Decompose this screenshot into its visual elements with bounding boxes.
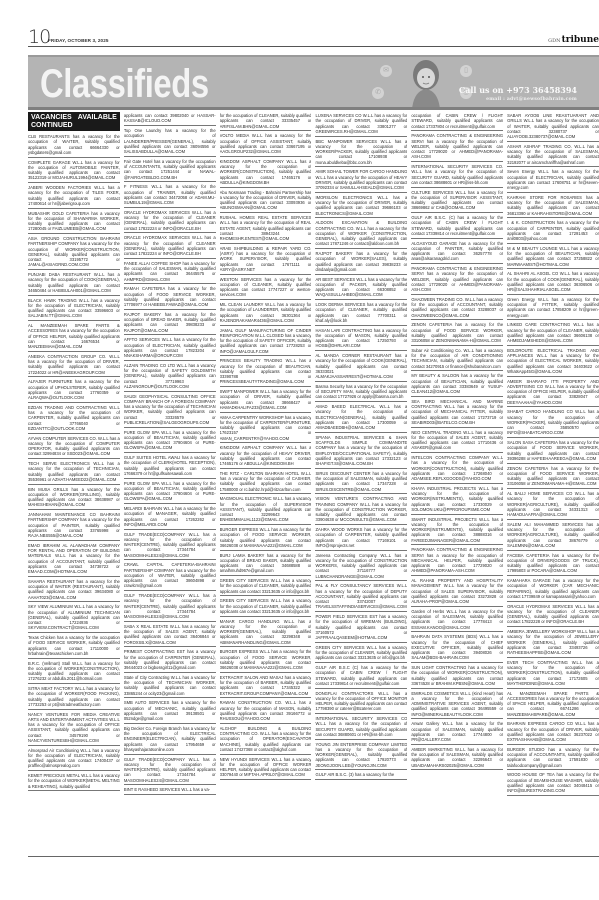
classified-ad: SALEM ALI MAHAMMED SERVICES has a vacanc… [507, 521, 599, 551]
classified-columns: VACANCIES AVAILABLE CONTINUED CLB RESTAU… [28, 112, 599, 854]
ad-list: CLB RESTAURANTS has a vacancy for the oc… [28, 133, 120, 791]
ad-list: occupation of CABIN CREW / FLIGHT STEWAR… [411, 112, 503, 770]
classified-ad: RUSHAL HOMES REAL ESTATE SERVICES W.L.L … [220, 214, 312, 244]
mail-icon: ✉ [380, 65, 392, 77]
classified-ad: Almosprad Air Conditioning W.L.L has a v… [28, 747, 120, 772]
classified-ad: RAJPOT BAKERY has a vacancy for the occu… [315, 250, 407, 275]
classified-ad: INTERNATIONAL SECURITY SERVICES CO W.L.L… [315, 715, 407, 740]
classified-ad: BURGER EXPRESS W.L.L has a vacancy for t… [220, 648, 312, 673]
classified-ad: GULF AIR B.S.C. (3) has a vacancy for th… [315, 771, 407, 780]
classified-ad: PAL & FLY CONSULTANCY SERVICES W.L.L has… [315, 582, 407, 612]
classified-ad: ANEEKA CONTRACTION GROUP CO. W.L.L has a… [28, 353, 120, 378]
classified-ad: SAUDI GEOPHYSICAL CONSULTING OFFICE COMP… [124, 393, 216, 428]
classified-ad: MELARDI BAHRAIN W.L.L has a vacancy for … [124, 505, 216, 530]
classified-ad: PURE GLOW SPA W.L.L has a vacancy for th… [124, 429, 216, 454]
mobile-icon: ▯ [460, 65, 472, 77]
classified-ad: EXTRACRIT SALON AND MASAJ has a vacancy … [220, 674, 312, 699]
classified-ad: AFFTO SERVICES W.L.L has a vacancy for t… [124, 336, 216, 361]
classified-ad: JABERI WOODEN FACTORIES W.L.L has a vaca… [28, 184, 120, 209]
classified-ad: RAMAH CAFETERIA has a vacancy for the oc… [124, 285, 216, 310]
classified-ad: SMART INDUSTRIAL PROJECTS W.L.L has a va… [411, 516, 503, 546]
classified-ad: SITRA MEAT FACTORY W.L.L has a vacancy f… [28, 685, 120, 710]
classified-ad: KHAYA INDUSTRIAL PROJECTS W.L.L has a va… [411, 485, 503, 515]
classified-ad: RAJPOT BAKERY has a vacancy for the occu… [124, 311, 216, 336]
classified-ad: PUNJABI DABA RESTAURANT W.L.L has a vaca… [28, 271, 120, 296]
classified-ad: POWER FIELD SERVICES EST has a vacancy f… [315, 613, 407, 643]
email-contact: email : advt@newsofbahrain.com [486, 97, 577, 102]
column-3: for the occupation of CLEANER, suitably … [220, 112, 312, 854]
column-2: applicants can contact 39802040 or HASSA… [124, 112, 216, 854]
classified-ad: BINT E RASHEED SERVICES W.L.L has a va- [124, 786, 216, 795]
classified-ad: occupation of CABIN CREW / FLIGHT STEWAR… [411, 112, 503, 131]
classified-ad: BAHRAIN DATA SYSTEMS (BDS) W.L.L has a v… [411, 633, 503, 663]
classified-ad: AMBERA JEWELLERY WORKSHOP W.L.L has a va… [507, 628, 599, 658]
classified-ad: WOOD HOUSE OF TEA has a vacancy for the … [507, 771, 599, 796]
classified-ad: GHAZWEEN TRADING CO. W.L.L has a vacancy… [411, 296, 503, 321]
classified-ad: ALDOON EXCAVATION & BUILDING CONTRACTING… [315, 219, 407, 249]
classified-ad: ZAHRA WOOD WORKS has a vacancy for the o… [315, 526, 407, 551]
classified-ad: Texas Chicken has a vacancy for the occu… [28, 634, 120, 659]
classified-ad: ASHAR ASHRAF TRADING CO. W.L.L has a vac… [507, 143, 599, 168]
classified-ad: Jareena Contracting Company W.L.L has a … [315, 552, 407, 582]
classified-ad: WESTON SERVICES has a vacancy for the oc… [220, 276, 312, 301]
classified-ad: LINKED CARE CONTRACTING W.L.L has a vaca… [507, 321, 599, 346]
column-1: VACANCIES AVAILABLE CONTINUED CLB RESTAU… [28, 112, 120, 854]
classified-ad: DONGFLAI CONTRACTORS W.L.L has a vacancy… [315, 690, 407, 715]
classified-ad: JANNAHAM MAINTENANCE CO BAHRAINI PARTNER… [28, 511, 120, 541]
classified-ad: KAMAHARA GARAGE has a vacancy for the oc… [507, 577, 599, 602]
classified-ad: Seven Energy W.L.L has a vacancy for the… [507, 168, 599, 193]
classified-ad: AL BALIJ HOME SERVICES CO W.L.L has a va… [507, 490, 599, 520]
section-heading: VACANCIES AVAILABLE CONTINUED [28, 112, 120, 131]
classified-ad: MAGMOUAL ELECTRONIC W.L.L has a vacancy … [220, 495, 312, 525]
classified-ad: TECH SERVE ELECTRONICS W.L.L has a vacan… [28, 460, 120, 485]
classified-ad: JAMAL GULF MANUFACTURING OF CINDER REINF… [220, 327, 312, 357]
classified-ad: THE RITZ - CARLTON BAHRAIN HOTEL W.L.L h… [220, 470, 312, 495]
classifieds-banner: Classifieds ✉ ✆ ▯ ◎ Call us on +973 3645… [28, 55, 599, 110]
classified-ad: PANORAMA CONTRACTING & ENGINEERING SERVI… [411, 265, 503, 295]
classified-ad: EZDAN TRADING AND CONTRACTING W.L.L has … [28, 404, 120, 434]
classified-ad: SKY VIEW ALUMINIUM W.L.L has a vacancy f… [28, 603, 120, 633]
classified-ad: Green Energy W.L.L has a vacancy for the… [507, 296, 599, 321]
classified-ad: SPIANA INDUSTRIAL SERVICES & SHAN SCAFFO… [315, 434, 407, 469]
classified-ad: GULF SUITES HOTEL AWALI has a vacancy fo… [124, 454, 216, 479]
classified-ad: Big Decker Co. Foreign Branch has a vaca… [124, 725, 216, 755]
classified-ad: ALGHOF BUILDING & BUILDING CONTRACTING C… [220, 725, 312, 755]
classified-ad: GULF TRADE(ECO)COMPANY W.L.L has a vacan… [124, 592, 216, 622]
classified-ad: PRIMEST CONTRACTING EST has a vacancy fo… [124, 648, 216, 673]
bottom-divider [28, 856, 599, 857]
classified-ad: KINGDOM ASPHALT COMPANY W.L.L has a vaca… [220, 158, 312, 188]
classified-ad: LUXENA SERVICES CO W.L.L has a vacancy f… [315, 112, 407, 137]
classified-ad: BLACK HAWK TRADING W.L.L has a vacancy f… [28, 297, 120, 322]
classified-ad: IMORSLON ELECTRONICS W.L.L has a vacancy… [315, 194, 407, 219]
ad-list: LUXENA SERVICES CO W.L.L has a vacancy f… [315, 112, 407, 780]
classified-ad: SEA BIRD MECHANICAL AND MARINE CONTRACTI… [411, 398, 503, 428]
classified-ad: GULF TRADE(ECO)COMPANY W.L.L has a vacan… [124, 531, 216, 561]
classified-ad: Anwar Gallery W.L.L has a vacancy for th… [411, 720, 503, 745]
classified-ad: ORACLE HYDROMAX SERVICES W.L.L has a vac… [507, 603, 599, 628]
classified-ad: GULF AIR B.S.C (C) has a vacancy for the… [315, 664, 407, 689]
classified-ad: AL RAHAB PROPERTY AND HOSPITALITY MANAGE… [411, 577, 503, 607]
classified-ad: ORACLE HYDROMAX SERVICES W.L.L has a vac… [124, 234, 216, 259]
classified-ad: NANCY VENTURES FOR MEDIA CREATIVE ARTS A… [28, 711, 120, 746]
classified-ad: Subar Air Conditioning Co. W.L.L has a v… [411, 347, 503, 372]
classified-ad: SHABAT CARGO HANDLING CO W.L.L has a vac… [507, 408, 599, 438]
classified-ad: BURGER STUDIO has a vacancy for the occu… [507, 746, 599, 771]
classified-ad: SABA X REAL ESTATE W.L.L has a vacancy f… [124, 623, 216, 648]
classified-ad: M & M BEAUTY LOUNGE W.L.L has a vacancy … [507, 245, 599, 270]
classified-ad: F FITNESS W.L.L has a vacancy for the oc… [124, 183, 216, 208]
classified-ad: Top One Laundry has a vacancy for the oc… [124, 127, 216, 157]
classified-ad: PURE GLOW SPA W.L.L has a vacancy for th… [124, 480, 216, 505]
classified-ad: KEMET PRECIOUS METAL W.L.L has a vacancy… [28, 772, 120, 791]
classified-ad: AMIR SOHAIL TOWER FOR CARGO HANDLING W.L… [315, 168, 407, 193]
classified-ad: SWIFT MANPOWER W.L.L has a vacancy for t… [220, 388, 312, 413]
classified-ad: SAHARA RESTAURANT has a vacancy for the … [28, 578, 120, 603]
classified-ad: KAHRAHI STORE FOR ROSARIES has a vacancy… [507, 194, 599, 219]
classified-ad: ZENON CAFETERIA has a vacancy for the oc… [507, 465, 599, 490]
classified-ad: MY BEAUTY & SALOON has a vacancy for the… [411, 372, 503, 397]
classified-ad: INTERNATIONAL SECURITY SERVICES CO. W.L.… [411, 163, 503, 188]
classified-ad: BURJ LAMIA BAKERY has a vacancy for the … [220, 552, 312, 577]
classified-ad: Garden of Herbs W.L.L has a vacancy for … [411, 608, 503, 633]
ad-list: SABAR AYOOB LINE REASTUARANT AND GRILLS … [507, 112, 599, 796]
classified-ad: PANORAMA CONTRACTING & ENGINEERING SERVI… [411, 132, 503, 162]
classified-ad: SABAR AYOOB LINE REASTUARANT AND GRILLS … [507, 112, 599, 142]
classified-ad: Fair Gate Hotel has a vacancy for the oc… [124, 158, 216, 183]
column-6: SABAR AYOOB LINE REASTUARANT AND GRILLS … [507, 112, 599, 854]
classified-ad: HASAN LARI CONTRACTING has a vacancy for… [315, 327, 407, 352]
classified-ad: VISION VENTURE'S CONTRACTING AND TRAININ… [315, 495, 407, 525]
classified-ad: State of City Contracting W.L.L has a va… [124, 674, 216, 699]
classified-ad: MANAR CARGO HANDLING W.L.L has a vacancy… [220, 618, 312, 648]
classified-ad: BURGER EXPRESS W.L.L has a vacancy for t… [220, 526, 312, 551]
classified-ad: NEW HYUNDI SERVICES W.L.L has a vacancy … [220, 756, 312, 781]
classified-ad: CULTURE SERVICES W.L.L has a vacancy for… [411, 189, 503, 214]
classified-ad: BOLDROUTE ELECTRICAL TRADING AND APPLIAN… [507, 347, 599, 377]
classified-ad: SIRUS DISCOUNT CENTER has a vacancy for … [315, 470, 407, 495]
classified-ad: LOOK DERMA SERVICES has a vacancy for th… [315, 301, 407, 326]
classified-ad: FACEBA CAFETERIA has a vacancy for the o… [507, 552, 599, 577]
date-line: FRIDAY, OCTOBER 3, 2025 [48, 38, 109, 43]
classified-ad: NEO CENTRAL TRADING W.L.L has a vacancy … [411, 429, 503, 454]
phone-contact: Call us on +973 36458394 [459, 85, 577, 95]
classified-ad: ARAB SHIPBUILDING & REPAIR YARD CO. (ASR… [220, 245, 312, 275]
ad-list: applicants can contact 39802040 or HASSA… [124, 112, 216, 795]
classified-ad: Basma Security has a vacancy for the occ… [315, 383, 407, 402]
classified-ad: EVER TECH CONTRACTING W.L.L has a vacanc… [507, 659, 599, 689]
classified-ad: AL MANZEEMAH SPARE PARTS & ACCESSORIES h… [507, 690, 599, 720]
classified-ad: GULF TRADE(ECO)COMPANY W.L.L has a vacan… [124, 756, 216, 786]
classified-ad: GULF AIR B.S.C. (C) has a vacancy for th… [411, 214, 503, 239]
classified-ad: ALGASYOUD GARAGE has a vacancy for the o… [411, 240, 503, 265]
classified-ad: EMIRALDS COSMETICS W.L.L (Kind Heart) ha… [411, 690, 503, 720]
classified-ad: ALFAJER FURNITURE has a vacancy for the … [28, 378, 120, 403]
phone-icon: ✆ [372, 87, 384, 99]
classified-ad: AYVAN COMPUTER SERVICES CO. W.L.L has a … [28, 435, 120, 460]
classified-ad: SALON SASA CAFETERIA has a vacancy for t… [507, 439, 599, 464]
classified-ad: BAHRAIN EXPRESS CARGO CO W.L.L has a vac… [507, 720, 599, 745]
classified-ad: applicants can contact 39802040 or HASSA… [124, 112, 216, 126]
classified-ad: PRINCESS BEAUTY TRADING W.L.L has a vaca… [220, 357, 312, 387]
column-4: LUXENA SERVICES CO W.L.L has a vacancy f… [315, 112, 407, 854]
classified-ad: Abu Nosmaan Trading - Bahraini Partnersh… [220, 189, 312, 214]
column-5: occupation of CABIN CREW / FLIGHT STEWAR… [411, 112, 503, 854]
brand-name: tribune [562, 35, 599, 45]
classified-ad: CLB RESTAURANTS has a vacancy for the oc… [28, 133, 120, 158]
classified-ad: SMB AUTO SERVICES has a vacancy for the … [124, 699, 216, 724]
classified-ad: BIN MUSA GRILLS has a vacancy for the oc… [28, 486, 120, 511]
classified-ad: MIL CLEAN LAUNDRY W.L.L has a vacancy fo… [220, 301, 312, 326]
classified-ad: SUN LIGHT CONTRACTING has a vacancy for … [411, 664, 503, 689]
classified-ad: KINGDOM ASPHALT COMPANY W.L.L has a vaca… [220, 444, 312, 469]
classified-ad: I. & K. CONSTRUCTION has a vacancy for t… [507, 219, 599, 244]
classified-ad: PANORAMA CONTRACTING & ENGINEERING SERVI… [411, 546, 503, 576]
page-header: 10 FRIDAY, OCTOBER 3, 2025 GDNtribune [28, 28, 599, 47]
classified-ad: FANEE ALLAI COFFEE SHOP has a vacancy fo… [124, 260, 216, 285]
brand-logo: GDNtribune [548, 35, 599, 45]
banner-title: Classifieds [40, 61, 209, 107]
classified-ad: AR BEST SERVICES W.L.L has a vacancy for… [315, 276, 407, 301]
classified-ad: AMEER MARKETING W.L.L has a vacancy for … [411, 746, 503, 771]
classified-ad: MUBASHIR GOLD CAFETERIA has a vacancy fo… [28, 210, 120, 235]
classified-ad: EMAD IBRAHIM AL ALAWADHAM COMPANY FOR RE… [28, 542, 120, 577]
classified-ad: B.R.C. (Vellmart) Stall W.L.L has a vaca… [28, 660, 120, 685]
classified-ad: AL MANZEEMAH SPARE PARTS & ACCESSORIES h… [28, 322, 120, 352]
classified-ad: YOUNG JIN ENTERPRISE COMPANY LIMITED has… [315, 741, 407, 771]
classified-ad: BBC MANPOWER SERVICES W.L.L has a vacanc… [315, 138, 407, 168]
page-number: 10 [28, 28, 50, 46]
classified-ad: GREEN CITY SERVICES W.L.L has a vacancy … [220, 577, 312, 596]
classified-ad: RAWAN CONSTRUCTION CO. W.L.L has a vacan… [220, 699, 312, 724]
classified-ad: GREEN CITY SERVICES W.L.L has a vacancy … [315, 644, 407, 663]
classified-ad: VOLTO MEDIA W.L.L has a vacancy for the … [220, 132, 312, 157]
classified-ad: AMAD BAEED ELECTRICAL W.L.L has a vacanc… [315, 403, 407, 433]
classified-ad: AMAA CARPENTRY WORKSHOP has a vacancy fo… [220, 414, 312, 444]
classified-ad: GREEN CITY SERVICES W.L.L has a vacancy … [220, 597, 312, 616]
classified-ad: for the occupation of CLEANER, suitably … [220, 112, 312, 131]
classified-ad: INTELCON CONTRACTING COMPANY W.L.L has a… [411, 454, 503, 484]
brand-prefix: GDN [548, 38, 560, 44]
ad-list: for the occupation of CLEANER, suitably … [220, 112, 312, 780]
classified-ad: ASIA GROUND CONSTRUCTION BAHRAINI PARTNE… [28, 235, 120, 270]
classified-ad: AL MANDA CORNER RESTAURANT has a vacancy… [315, 352, 407, 382]
classified-ad: ALZAIN TRADING CO LTD W.L.L has a vacanc… [124, 362, 216, 392]
classified-ad: ORACLE HYDROMAX SERVICES W.L.L has a vac… [124, 209, 216, 234]
customer-service-illustration-icon [406, 59, 446, 109]
classified-ad: ZENON CAFETERIA has a vacancy for the oc… [411, 321, 503, 346]
classified-ad: AL SHAHRI AL ASGEL CO W.L.L has a vacanc… [507, 270, 599, 295]
classified-ad: CRAWL CAPITAL CAFETERIA-BAHRAINI PARTNER… [124, 561, 216, 591]
classified-ad: COMPLETE GARAGE W.L.L has a vacancy for … [28, 159, 120, 184]
classified-ad: AMEER SHARAFO ITTI PROPERTY AND ADVERTIS… [507, 378, 599, 408]
